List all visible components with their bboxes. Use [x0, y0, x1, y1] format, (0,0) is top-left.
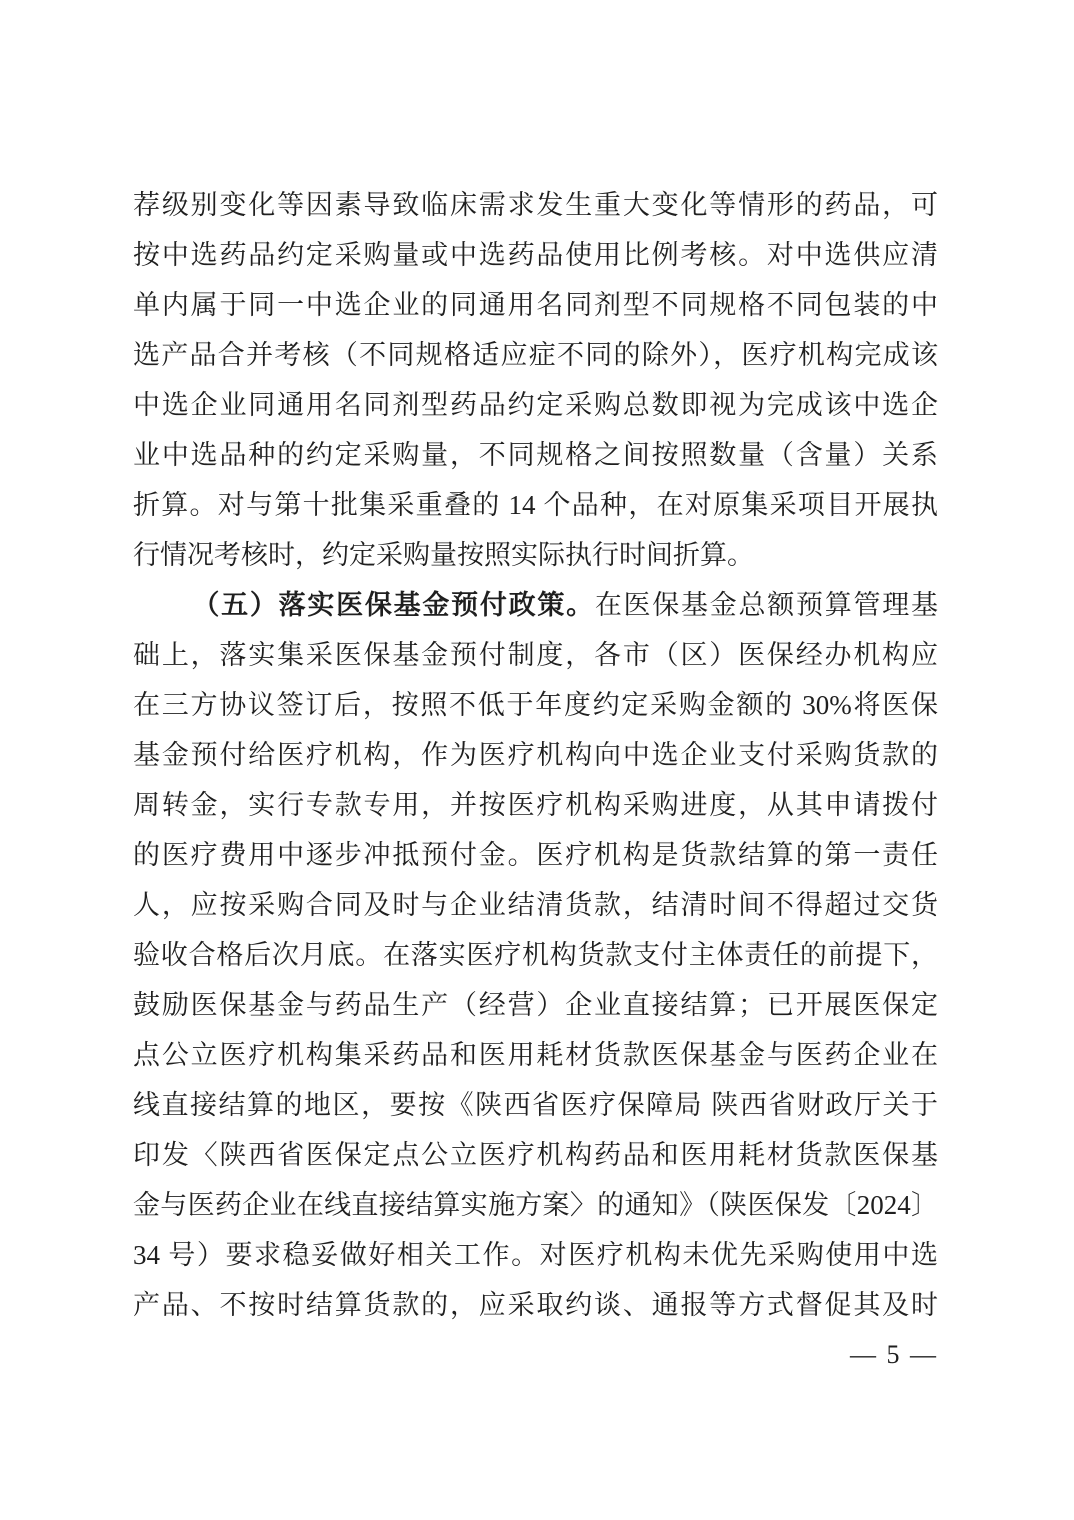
text-line: 验收合格后次月底。在落实医疗机构货款支付主体责任的前提下，: [133, 930, 938, 980]
text-line: 印发〈陕西省医保定点公立医疗机构药品和医用耗材货款医保基: [133, 1130, 938, 1180]
text-run: 周转金，实行专款专用，并按医疗机构采购进度，从其申请拨付: [133, 790, 938, 820]
text-line: 线直接结算的地区，要按《陕西省医疗保障局 陕西省财政厅关于: [133, 1080, 938, 1130]
text-run: 折算。对与第十批集采重叠的 14 个品种，在对原集采项目开展执: [133, 490, 938, 520]
text-line: 鼓励医保基金与药品生产（经营）企业直接结算；已开展医保定: [133, 980, 938, 1030]
text-run: 在医保基金总额预算管理基: [595, 590, 938, 620]
text-run: 的医疗费用中逐步冲抵预付金。医疗机构是货款结算的第一责任: [133, 840, 938, 870]
text-run: 选产品合并考核（不同规格适应症不同的除外），医疗机构完成该: [133, 340, 938, 370]
text-run: 人，应按采购合同及时与企业结清货款，结清时间不得超过交货: [133, 890, 938, 920]
text-run: 荐级别变化等因素导致临床需求发生重大变化等情形的药品，可: [133, 190, 938, 220]
text-run: 点公立医疗机构集采药品和医用耗材货款医保基金与医药企业在: [133, 1040, 938, 1070]
text-run: 验收合格后次月底。在落实医疗机构货款支付主体责任的前提下，: [133, 940, 938, 970]
text-run: 在三方协议签订后，按照不低于年度约定采购金额的 30%将医保: [133, 690, 938, 720]
text-line: 业中选品种的约定采购量，不同规格之间按照数量（含量）关系: [133, 430, 938, 480]
text-line: 34 号）要求稳妥做好相关工作。对医疗机构未优先采购使用中选: [133, 1230, 938, 1280]
text-line: 的医疗费用中逐步冲抵预付金。医疗机构是货款结算的第一责任: [133, 830, 938, 880]
text-line: 金与医药企业在线直接结算实施方案〉的通知》（陕医保发〔2024〕: [133, 1180, 938, 1230]
text-run: 中选企业同通用名同剂型药品约定采购总数即视为完成该中选企: [133, 390, 938, 420]
document-page: 荐级别变化等因素导致临床需求发生重大变化等情形的药品，可按中选药品约定采购量或中…: [0, 0, 1074, 1520]
text-line: 选产品合并考核（不同规格适应症不同的除外），医疗机构完成该: [133, 330, 938, 380]
bold-text-run: （五）落实医保基金预付政策。: [192, 590, 594, 620]
text-run: 线直接结算的地区，要按《陕西省医疗保障局 陕西省财政厅关于: [133, 1090, 938, 1120]
text-line: 按中选药品约定采购量或中选药品使用比例考核。对中选供应清: [133, 230, 938, 280]
text-line: 折算。对与第十批集采重叠的 14 个品种，在对原集采项目开展执: [133, 480, 938, 530]
text-run: 业中选品种的约定采购量，不同规格之间按照数量（含量）关系: [133, 440, 938, 470]
text-line: 点公立医疗机构集采药品和医用耗材货款医保基金与医药企业在: [133, 1030, 938, 1080]
text-run: 印发〈陕西省医保定点公立医疗机构药品和医用耗材货款医保基: [133, 1140, 938, 1170]
text-line: （五）落实医保基金预付政策。在医保基金总额预算管理基: [133, 580, 938, 630]
text-line: 在三方协议签订后，按照不低于年度约定采购金额的 30%将医保: [133, 680, 938, 730]
text-run: 鼓励医保基金与药品生产（经营）企业直接结算；已开展医保定: [133, 990, 938, 1020]
text-run: 金与医药企业在线直接结算实施方案〉的通知》（陕医保发〔2024〕: [133, 1190, 938, 1220]
text-line: 单内属于同一中选企业的同通用名同剂型不同规格不同包装的中: [133, 280, 938, 330]
document-body: 荐级别变化等因素导致临床需求发生重大变化等情形的药品，可按中选药品约定采购量或中…: [133, 180, 938, 1330]
page-number: — 5 —: [133, 1340, 938, 1370]
text-run: 行情况考核时，约定采购量按照实际执行时间折算。: [133, 540, 754, 570]
text-line: 础上，落实集采医保基金预付制度，各市（区）医保经办机构应: [133, 630, 938, 680]
text-line: 中选企业同通用名同剂型药品约定采购总数即视为完成该中选企: [133, 380, 938, 430]
text-run: 按中选药品约定采购量或中选药品使用比例考核。对中选供应清: [133, 240, 938, 270]
text-run: 产品、不按时结算货款的，应采取约谈、通报等方式督促其及时: [133, 1290, 938, 1320]
text-line: 周转金，实行专款专用，并按医疗机构采购进度，从其申请拨付: [133, 780, 938, 830]
text-run: 34 号）要求稳妥做好相关工作。对医疗机构未优先采购使用中选: [133, 1240, 938, 1270]
text-line: 荐级别变化等因素导致临床需求发生重大变化等情形的药品，可: [133, 180, 938, 230]
text-line: 产品、不按时结算货款的，应采取约谈、通报等方式督促其及时: [133, 1280, 938, 1330]
text-line: 基金预付给医疗机构，作为医疗机构向中选企业支付采购货款的: [133, 730, 938, 780]
text-line: 人，应按采购合同及时与企业结清货款，结清时间不得超过交货: [133, 880, 938, 930]
text-run: 单内属于同一中选企业的同通用名同剂型不同规格不同包装的中: [133, 290, 938, 320]
text-line: 行情况考核时，约定采购量按照实际执行时间折算。: [133, 530, 938, 580]
text-run: 基金预付给医疗机构，作为医疗机构向中选企业支付采购货款的: [133, 740, 938, 770]
text-run: 础上，落实集采医保基金预付制度，各市（区）医保经办机构应: [133, 640, 938, 670]
